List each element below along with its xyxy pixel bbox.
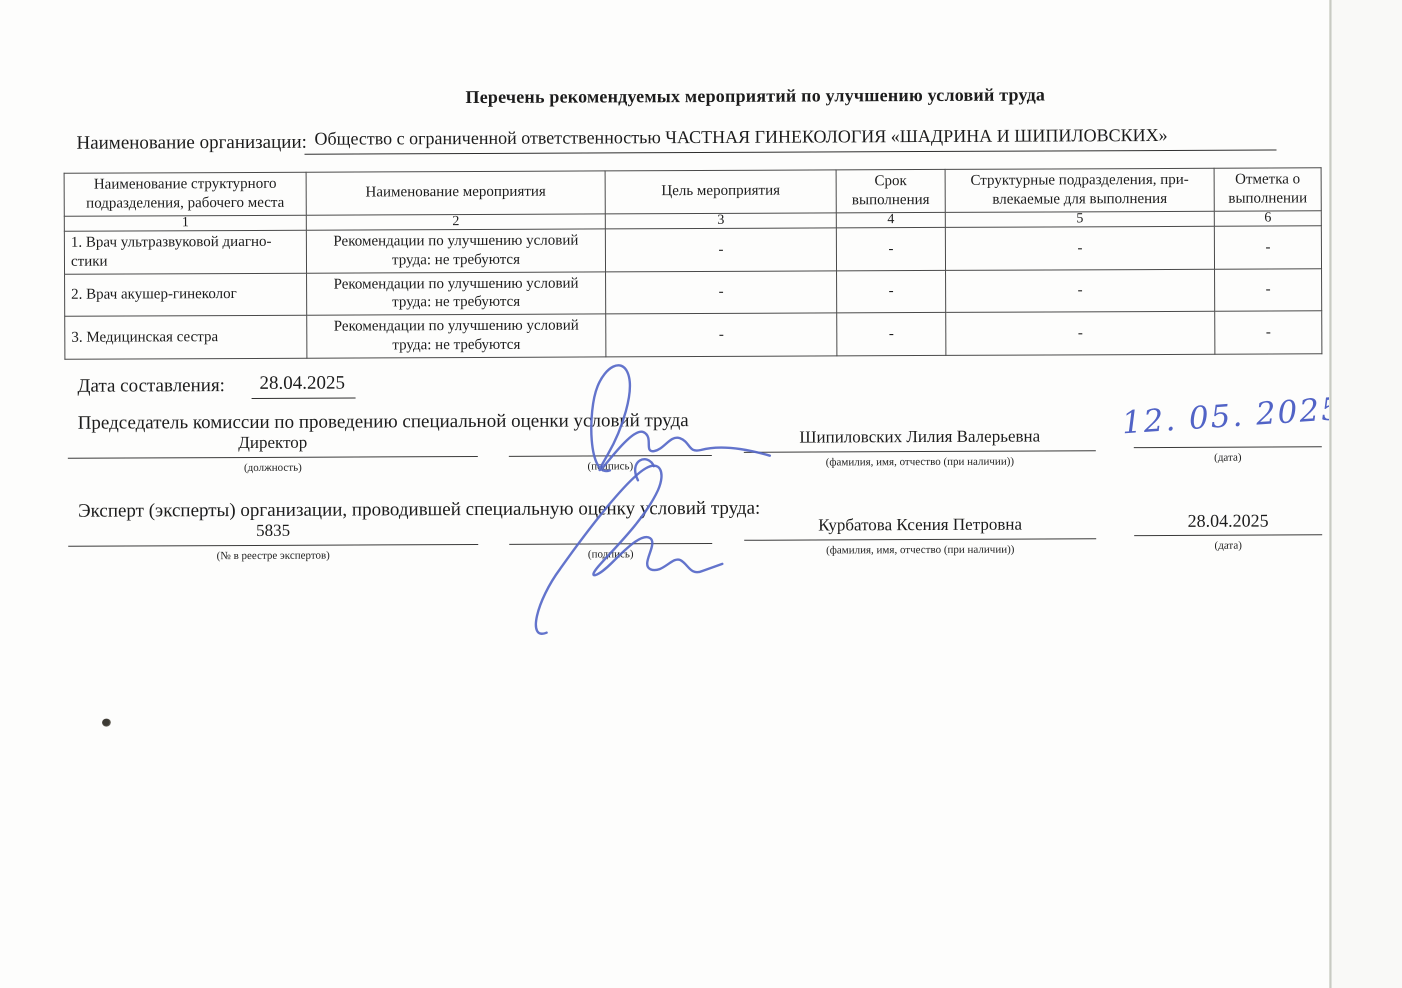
org-name-value: Общество с ограниченной ответственностью…	[304, 124, 1276, 154]
row-measure: Рекомендации по улучшению условий труда:…	[306, 229, 605, 273]
row-name: 1. Врач ультразвуковой диагно- стики	[64, 230, 306, 274]
org-name-label: Наименование организации:	[76, 132, 307, 155]
recommendations-table-wrap: Наименование структурного подразделения,…	[64, 167, 1323, 359]
chair-name-value: Шипиловских Лилия Валерьевна	[744, 426, 1096, 448]
table-row: 1. Врач ультразвуковой диагно- стики Рек…	[64, 226, 1321, 274]
row-term: -	[837, 313, 946, 356]
expert-registry-line	[68, 544, 478, 547]
table-row: 2. Врач акушер-гинеколог Рекомендации по…	[65, 268, 1322, 316]
chair-position-line	[68, 456, 478, 459]
row-completion-mark: -	[1214, 226, 1321, 269]
compiled-date-label: Дата составления:	[77, 375, 225, 398]
chair-name-line	[744, 450, 1096, 453]
row-name: 2. Врач акушер-гинеколог	[65, 273, 307, 317]
row-term: -	[836, 228, 945, 271]
row-measure: Рекомендации по улучшению условий труда:…	[307, 314, 606, 358]
expert-name-line	[744, 538, 1096, 541]
row-completion-mark: -	[1215, 311, 1322, 354]
chair-date-caption: (дата)	[1134, 451, 1322, 464]
table-row: 3. Медицинская сестра Рекомендации по ул…	[65, 311, 1322, 359]
expert-date-caption: (дата)	[1134, 539, 1322, 552]
table-header-row: Наименование структурного подразделения,…	[64, 168, 1321, 216]
compiled-date-value: 28.04.2025	[251, 373, 355, 399]
scanned-document-page: Перечень рекомендуемых мероприятий по ул…	[0, 0, 1402, 988]
document-title: Перечень рекомендуемых мероприятий по ул…	[128, 83, 1382, 109]
expert-registry-value: 5835	[68, 520, 478, 542]
col-num-2: 2	[306, 213, 605, 230]
scanner-background	[1332, 0, 1402, 988]
header-completion-mark: Отметка о выполнении	[1214, 168, 1321, 211]
chair-position-value: Директор	[68, 432, 478, 454]
row-term: -	[837, 270, 946, 313]
ink-speck	[102, 719, 111, 727]
row-measure: Рекомендации по улучшению условий труда:…	[307, 272, 606, 316]
col-num-5: 5	[945, 211, 1214, 228]
row-goal: -	[606, 271, 837, 315]
row-involved-units: -	[946, 269, 1215, 313]
expert-date-value: 28.04.2025	[1134, 510, 1322, 532]
col-num-6: 6	[1214, 210, 1321, 226]
row-involved-units: -	[945, 226, 1214, 270]
chair-name-caption: (фамилия, имя, отчество (при наличии))	[744, 455, 1096, 469]
row-goal: -	[606, 313, 837, 357]
chair-handwritten-date: 12. 05. 2025г	[1121, 390, 1362, 442]
row-involved-units: -	[946, 311, 1215, 355]
recommendations-table: Наименование структурного подразделения,…	[64, 167, 1323, 359]
chair-date-line	[1134, 446, 1322, 448]
col-num-3: 3	[605, 212, 836, 229]
header-involved-units: Структурные подразделения, при- влекаемы…	[945, 168, 1214, 212]
expert-registry-caption: (№ в реестре экспертов)	[68, 549, 478, 563]
page-content: Перечень рекомендуемых мероприятий по ул…	[0, 0, 1402, 988]
row-goal: -	[605, 228, 836, 272]
expert-name-caption: (фамилия, имя, отчество (при наличии))	[744, 543, 1096, 557]
row-completion-mark: -	[1215, 268, 1322, 311]
chair-position-caption: (должность)	[68, 461, 478, 475]
expert-name-value: Курбатова Ксения Петровна	[744, 514, 1096, 536]
signature-ink-expert	[518, 452, 744, 645]
header-structural-unit: Наименование структурного подразделения,…	[64, 172, 306, 216]
header-term: Срок выполнения	[836, 169, 945, 212]
expert-date-line	[1134, 534, 1322, 536]
col-num-1: 1	[64, 215, 306, 232]
header-measure-goal: Цель мероприятия	[605, 170, 836, 214]
col-num-4: 4	[836, 212, 945, 228]
header-measure-name: Наименование мероприятия	[306, 171, 605, 215]
row-name: 3. Медицинская сестра	[65, 315, 307, 359]
